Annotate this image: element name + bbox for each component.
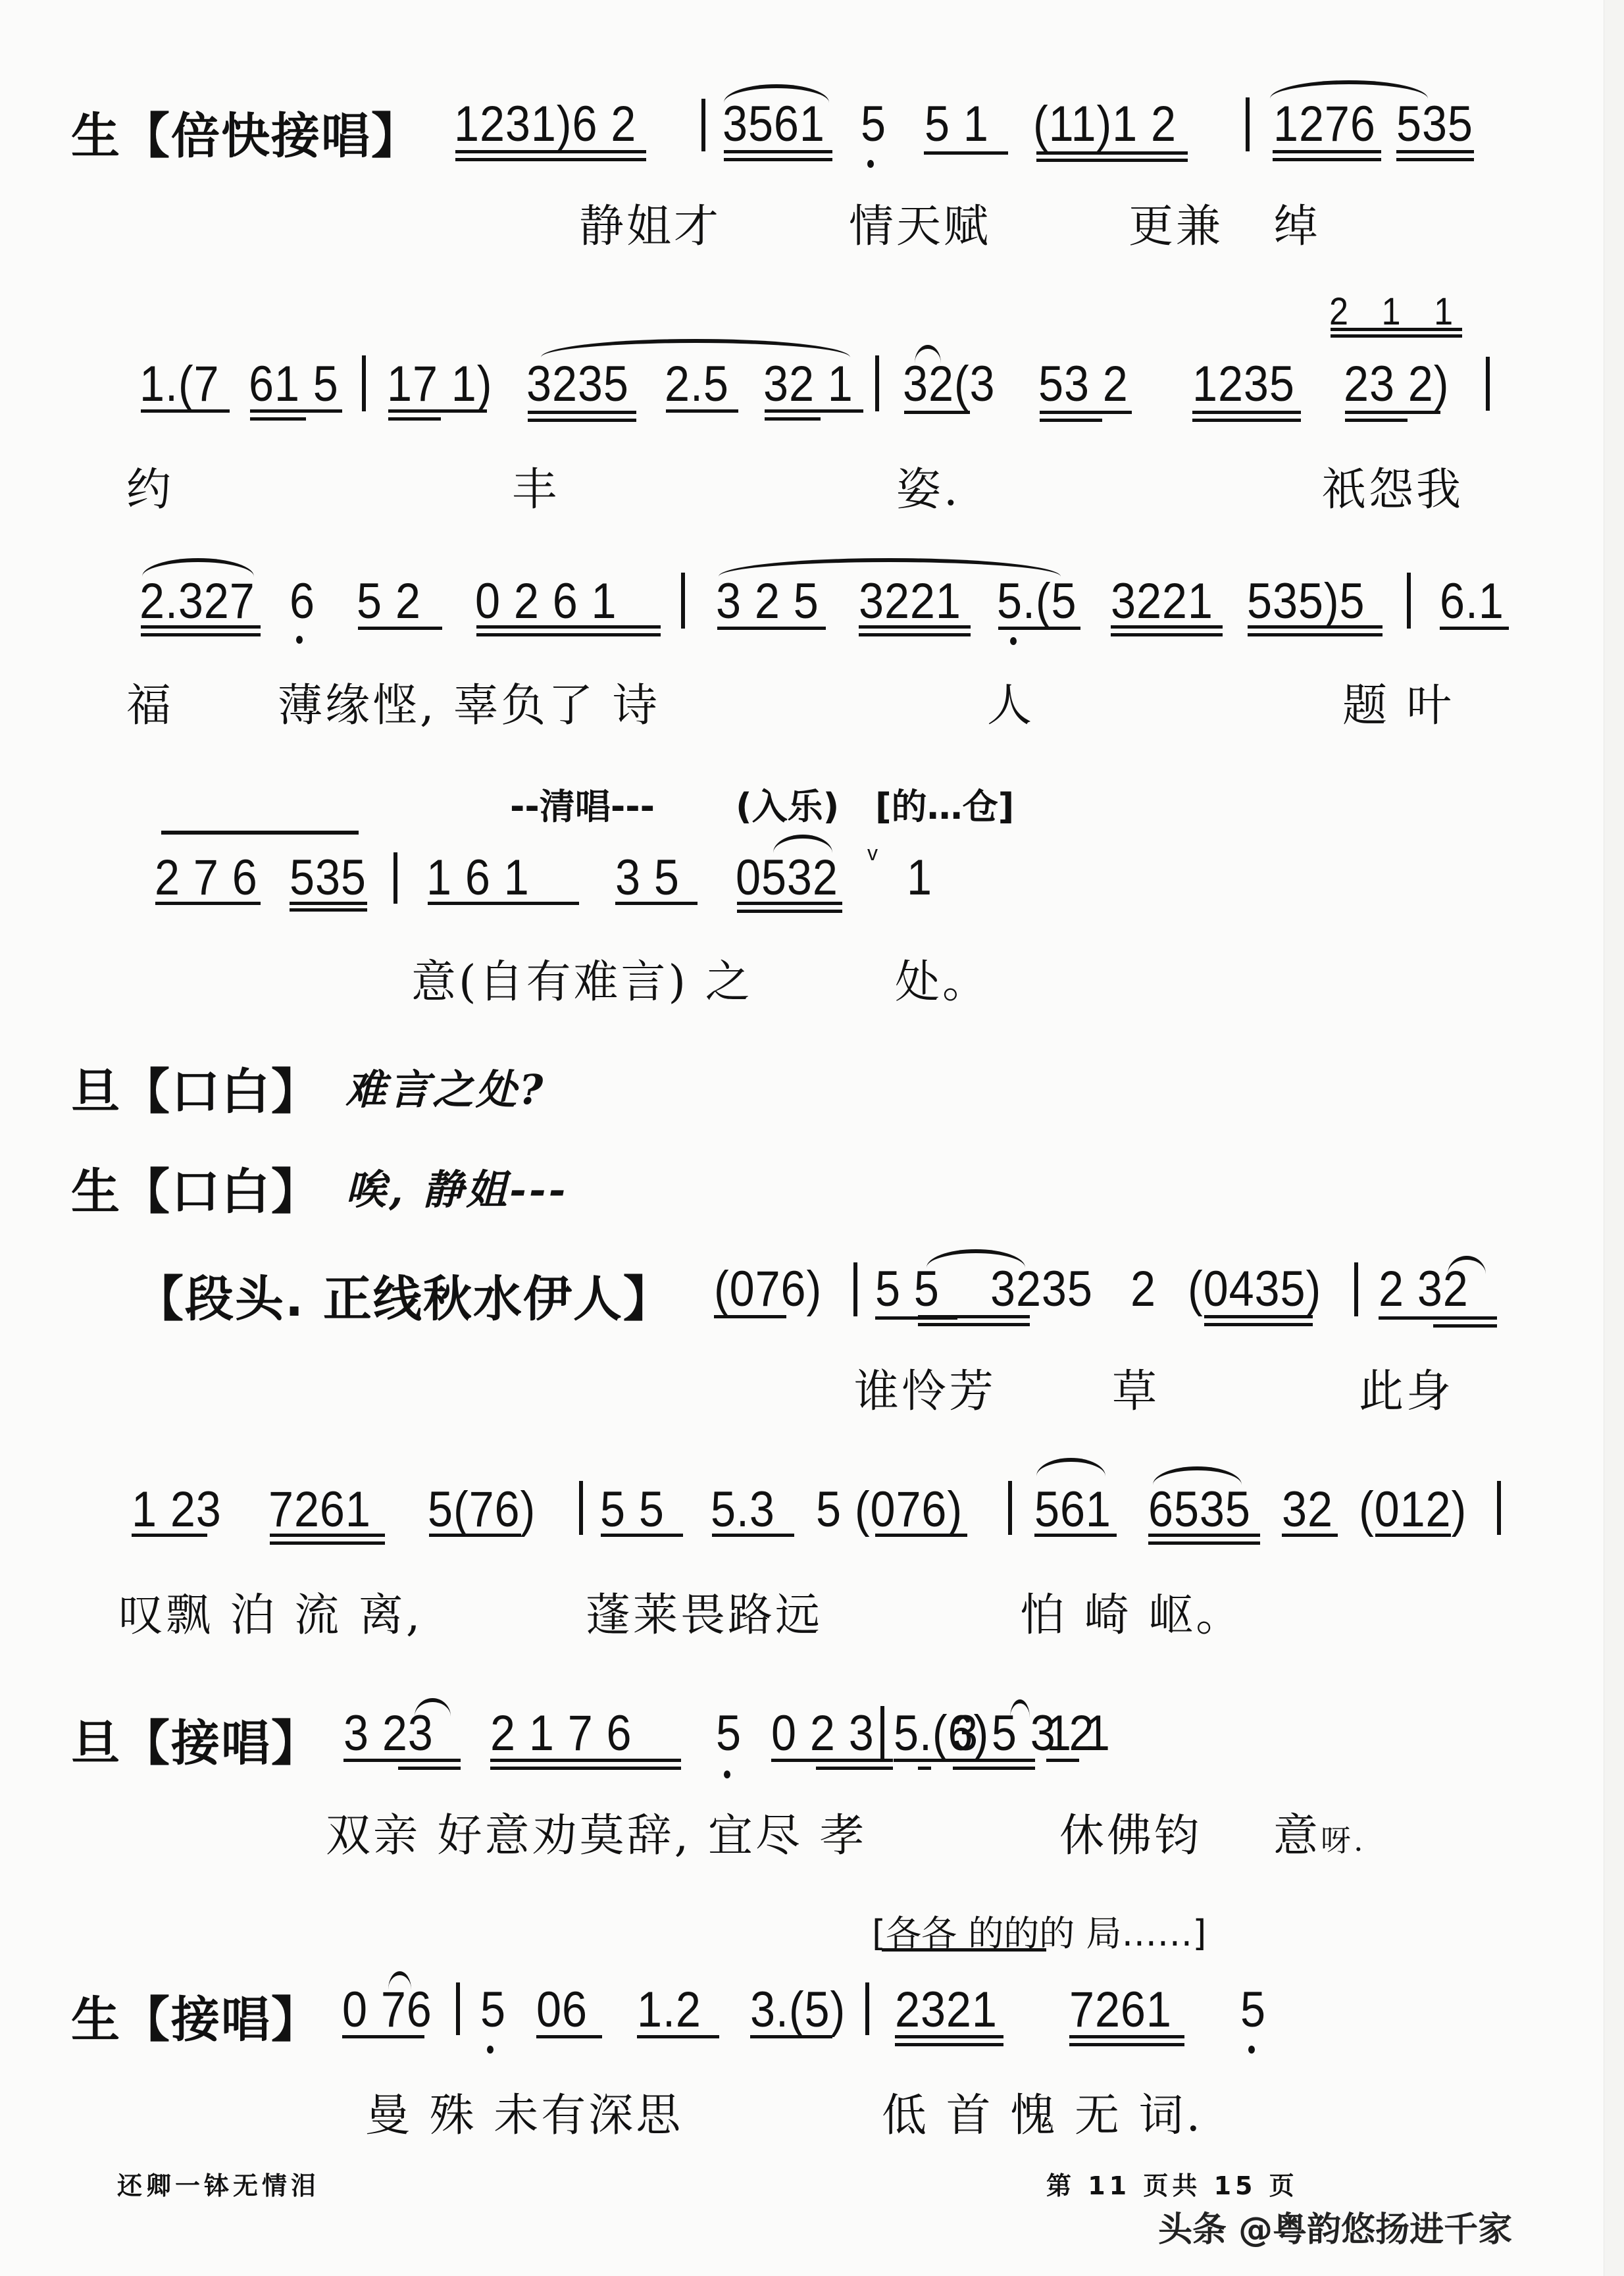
underline: [1111, 633, 1223, 636]
underline: [358, 627, 442, 630]
underline: [1034, 1534, 1117, 1537]
notation-group: 535)5: [1247, 573, 1365, 630]
notation-group: 5 5: [875, 1260, 940, 1318]
underline: [1069, 2043, 1184, 2046]
underline: [895, 2043, 1003, 2046]
underline: [714, 1315, 786, 1318]
lyric: 丰: [512, 454, 559, 518]
spoken-line: 唉, 静姐---: [345, 1157, 568, 1216]
section-tag-duantou: 【段头. 正线秋水伊人】: [135, 1260, 673, 1330]
underline: [290, 908, 367, 912]
underline: [1396, 150, 1474, 153]
lyric: 更兼: [1129, 191, 1223, 255]
underline: [737, 902, 842, 905]
underline: [1282, 1534, 1338, 1537]
notation-group: 1 23: [132, 1481, 222, 1538]
underline: [1040, 419, 1102, 422]
underline: [953, 1759, 1035, 1762]
role-label: 生【口白】: [71, 1153, 321, 1223]
notation-group: 5 2: [357, 573, 421, 630]
lyric: 题 叶: [1342, 670, 1454, 734]
section-tag-jiechang: 【接唱】: [121, 1992, 321, 2048]
underline: [270, 1541, 385, 1545]
underline: [155, 902, 261, 905]
underline: [250, 409, 342, 413]
notation-group: 1.(7: [140, 355, 219, 413]
slur: [541, 339, 850, 357]
underline: [904, 411, 970, 414]
notation-group: 3 23: [343, 1705, 434, 1762]
bar-line: [875, 355, 879, 411]
bar-line: [865, 1982, 869, 2035]
slur: [161, 831, 359, 835]
underline: [141, 409, 230, 413]
notation-group: 3235: [526, 355, 629, 413]
underline: [859, 625, 971, 629]
underline: [528, 411, 636, 414]
bar-line: [579, 1481, 583, 1535]
notation-group: 0 2 6 1: [475, 573, 617, 630]
underline: [1036, 151, 1188, 155]
notation-group: (11)1 2: [1033, 95, 1177, 153]
underline: [948, 1948, 1046, 1952]
underline: [455, 150, 646, 153]
underline: [1396, 158, 1474, 161]
low-octave-dot: [1248, 2046, 1255, 2054]
lyric: 曼 殊 未有深思: [365, 2080, 683, 2144]
role-sheng: 生: [71, 1992, 121, 2048]
role-sheng: 生: [71, 108, 121, 165]
bar-line: [1354, 1262, 1358, 1316]
notation-group: 6.1: [1440, 573, 1504, 630]
bar-line: [1407, 573, 1411, 629]
notation-group: 0532: [736, 849, 838, 906]
notation-group: 1276: [1273, 95, 1376, 153]
underline: [1440, 627, 1509, 630]
underline: [455, 158, 646, 161]
underline: [724, 150, 832, 153]
underline: [1375, 1534, 1451, 1537]
bar-line: [1008, 1481, 1012, 1535]
underline: [1331, 334, 1462, 338]
notation-group: 17 1): [387, 355, 492, 413]
underline: [342, 2035, 424, 2038]
low-octave-dot: [1010, 637, 1017, 645]
section-tag-jiechang: 【接唱】: [121, 1715, 321, 1772]
underline: [953, 1767, 1035, 1770]
notation-group: 5 1: [925, 95, 989, 153]
underline: [1036, 159, 1188, 162]
lyric: 薄缘悭, 辜负了 诗: [278, 670, 660, 734]
low-octave-dot: [487, 2046, 494, 2054]
notation-group: 5 (076): [816, 1481, 963, 1538]
lyric: 情天赋: [849, 191, 991, 255]
lyric: 意(自有难言) 之: [411, 946, 753, 1010]
underline: [141, 633, 261, 636]
underline: [765, 417, 821, 421]
underline: [724, 158, 832, 161]
underline: [816, 1767, 893, 1770]
breath-mark: v: [867, 841, 878, 866]
page-indicator: 第 11 页共 15 页: [1046, 2165, 1298, 2202]
lyric: 双亲 好意劝莫辞, 宜尽 孝: [326, 1800, 867, 1864]
underline: [895, 2035, 1003, 2038]
underline: [528, 419, 636, 422]
underline: [1345, 419, 1408, 422]
notation-group: 2321: [895, 1981, 998, 2038]
role-label: 生【接唱】: [71, 1981, 321, 2051]
underline: [388, 409, 487, 413]
underline: [343, 1759, 461, 1762]
notation-group: 3221: [859, 573, 961, 630]
notation-group: 32(3: [903, 355, 996, 413]
underline: [1379, 1316, 1497, 1320]
low-octave-dot: [867, 160, 874, 168]
notation-group: 1235: [1192, 355, 1295, 413]
lyric: 谁怜芳: [854, 1356, 996, 1420]
underline: [476, 625, 661, 629]
bar-line: [1497, 1481, 1501, 1535]
notation-group: 535: [1396, 95, 1473, 153]
underline: [924, 151, 1008, 155]
notation-group: 1: [907, 849, 932, 906]
bar-line: [701, 99, 705, 151]
underline: [290, 902, 367, 905]
bar-line: [1246, 97, 1250, 151]
notation-group: 5: [861, 95, 886, 153]
underline: [1433, 1324, 1497, 1328]
slur: [1036, 1458, 1105, 1476]
variant-notation: 2 1 1: [1329, 290, 1465, 334]
underline: [1248, 625, 1383, 629]
notation-group: 3 5: [615, 849, 680, 906]
lyric: 姿.: [896, 454, 961, 518]
underline: [1040, 411, 1132, 414]
underline: [1204, 1315, 1313, 1318]
document-title: 还卿一钵无情泪: [117, 2165, 320, 2202]
underline: [771, 1759, 893, 1762]
underline: [1331, 328, 1462, 331]
notation-group: 1231)6 2: [454, 95, 636, 153]
underline: [1204, 1323, 1313, 1326]
underline: [1148, 1534, 1260, 1537]
underline: [765, 409, 863, 413]
lyric: 低 首 愧 无 词.: [882, 2080, 1203, 2144]
notation-group: 3235: [990, 1260, 1093, 1318]
underline: [1273, 150, 1381, 153]
notation-group: 3 2 5: [716, 573, 819, 630]
underline: [428, 902, 579, 905]
lyric: 人: [987, 670, 1034, 734]
bar-line: [853, 1262, 857, 1316]
notation-group: 0 2 3: [771, 1705, 875, 1762]
section-tag-beikuai-jiechang: 【倍快接唱】: [121, 108, 421, 165]
notation-group: 6535: [1148, 1481, 1251, 1538]
notation-group: 5.(5: [997, 573, 1077, 630]
lyric: 此身: [1359, 1356, 1454, 1420]
underline: [737, 910, 842, 913]
notation-group: 5 5: [600, 1481, 665, 1538]
lyric: 福: [126, 670, 174, 734]
underline: [141, 625, 261, 629]
underline: [388, 417, 441, 421]
underline: [429, 1534, 521, 1537]
lyric-char: 意: [1273, 1810, 1321, 1862]
bar-line: [880, 1706, 884, 1759]
notation-group: 535: [290, 849, 367, 906]
notation-group: 61 5: [249, 355, 339, 413]
notation-group: 3221: [1111, 573, 1213, 630]
underline: [490, 1767, 681, 1770]
underline: [601, 1534, 683, 1537]
underline: [476, 633, 661, 636]
section-tag-koubai: 【口白】: [121, 1164, 321, 1220]
notation-group: 5.3: [711, 1481, 775, 1538]
bar-line: [456, 1982, 460, 2035]
underline: [637, 2035, 719, 2038]
underline: [1273, 158, 1381, 161]
notation-group: 2 32: [1379, 1260, 1469, 1318]
underline: [615, 902, 698, 905]
underline: [1248, 633, 1383, 636]
underline: [918, 1767, 931, 1770]
underline: [918, 1315, 1030, 1318]
notation-group: 2 7 6: [155, 849, 258, 906]
notation-group: 5: [480, 1981, 506, 2038]
page-edge: [1604, 0, 1624, 2276]
notation-group: 2 1 7 6: [490, 1705, 632, 1762]
lyric: 约: [126, 454, 174, 518]
underline: [712, 1534, 794, 1537]
notation-group: 7261: [268, 1481, 371, 1538]
notation-group: 53 2: [1038, 355, 1129, 413]
lyric: 怕 崎 岖。: [1020, 1580, 1243, 1643]
notation-group: 32: [1282, 1481, 1333, 1538]
notation-group: 5(76): [428, 1481, 536, 1538]
watermark: 头条 @粤韵悠扬进千家: [1158, 2202, 1512, 2251]
notation-group: 1.2: [637, 1981, 701, 2038]
notation-group: 561: [1034, 1481, 1111, 1538]
role-label: 旦【接唱】: [71, 1705, 321, 1774]
cue-ruyue: (入乐): [736, 779, 839, 829]
role-label: 生【倍快接唱】: [71, 97, 421, 167]
notation-group: 06: [536, 1981, 588, 2038]
bar-line: [393, 852, 397, 904]
notation-group: 7261: [1069, 1981, 1172, 2038]
underline: [717, 627, 826, 630]
percussion-cue: [的…仓]: [875, 779, 1014, 829]
underline: [998, 627, 1080, 630]
lyric: 祇怨我: [1321, 454, 1463, 518]
notation-group: 3.(5): [750, 1981, 846, 2038]
underline: [270, 1534, 385, 1537]
notation-group: 23 2): [1344, 355, 1449, 413]
lyric: 意呀.: [1273, 1800, 1366, 1864]
notation-group: 1 6 1: [426, 849, 530, 906]
notation-group: 0 76: [342, 1981, 432, 2038]
underline: [1111, 625, 1223, 629]
underline: [490, 1759, 681, 1762]
low-octave-dot: [296, 636, 303, 644]
underline: [250, 417, 306, 421]
notation-group: 6: [290, 573, 315, 630]
underline: [875, 1534, 967, 1537]
role-label: 旦【口白】: [71, 1053, 321, 1123]
notation-group: (012): [1359, 1481, 1467, 1538]
lyric: 蓬莱畏路远: [586, 1580, 823, 1643]
lyric: 草: [1112, 1356, 1159, 1420]
lyric: 静姐才: [579, 191, 721, 255]
notation-group: (076): [714, 1260, 822, 1318]
underline: [918, 1323, 1030, 1326]
underline: [1192, 411, 1301, 414]
lyric-small: 呀.: [1321, 1823, 1366, 1858]
underline: [398, 1767, 461, 1770]
bar-line: [1486, 357, 1490, 411]
notation-group: 2.5: [665, 355, 729, 413]
notation-group: 1 1: [1046, 1705, 1111, 1762]
notation-group: (0435): [1188, 1260, 1321, 1318]
lyric: 绰: [1273, 191, 1321, 255]
role-sheng: 生: [71, 1164, 121, 1220]
lyric: 叹飘 泊 流 离,: [118, 1580, 422, 1643]
role-dan: 旦: [71, 1064, 121, 1120]
section-tag-koubai: 【口白】: [121, 1064, 321, 1120]
low-octave-dot: [724, 1771, 730, 1778]
underline: [1148, 1541, 1260, 1545]
underline: [750, 2035, 832, 2038]
notation-group: 32 1: [763, 355, 853, 413]
lyric: 处。: [895, 946, 990, 1010]
role-dan: 旦: [71, 1715, 121, 1772]
spoken-line: 难言之处?: [345, 1057, 546, 1116]
underline: [536, 2035, 602, 2038]
lyric: 休佛钧: [1059, 1800, 1202, 1864]
underline: [1046, 1759, 1079, 1762]
bar-line: [362, 355, 366, 411]
underline: [1069, 2035, 1184, 2038]
underline: [666, 409, 738, 413]
notation-group: 5: [716, 1705, 742, 1762]
notation-group: 3561: [723, 95, 825, 153]
notation-group: 2.327: [140, 573, 255, 630]
notation-group: 5: [1240, 1981, 1266, 2038]
notation-group: 2: [1130, 1260, 1156, 1318]
underline: [859, 633, 971, 636]
underline: [132, 1534, 207, 1537]
cue-qingchang: --清唱---: [510, 779, 655, 829]
bar-line: [681, 573, 685, 629]
underline: [1192, 419, 1301, 422]
underline: [1345, 411, 1440, 414]
